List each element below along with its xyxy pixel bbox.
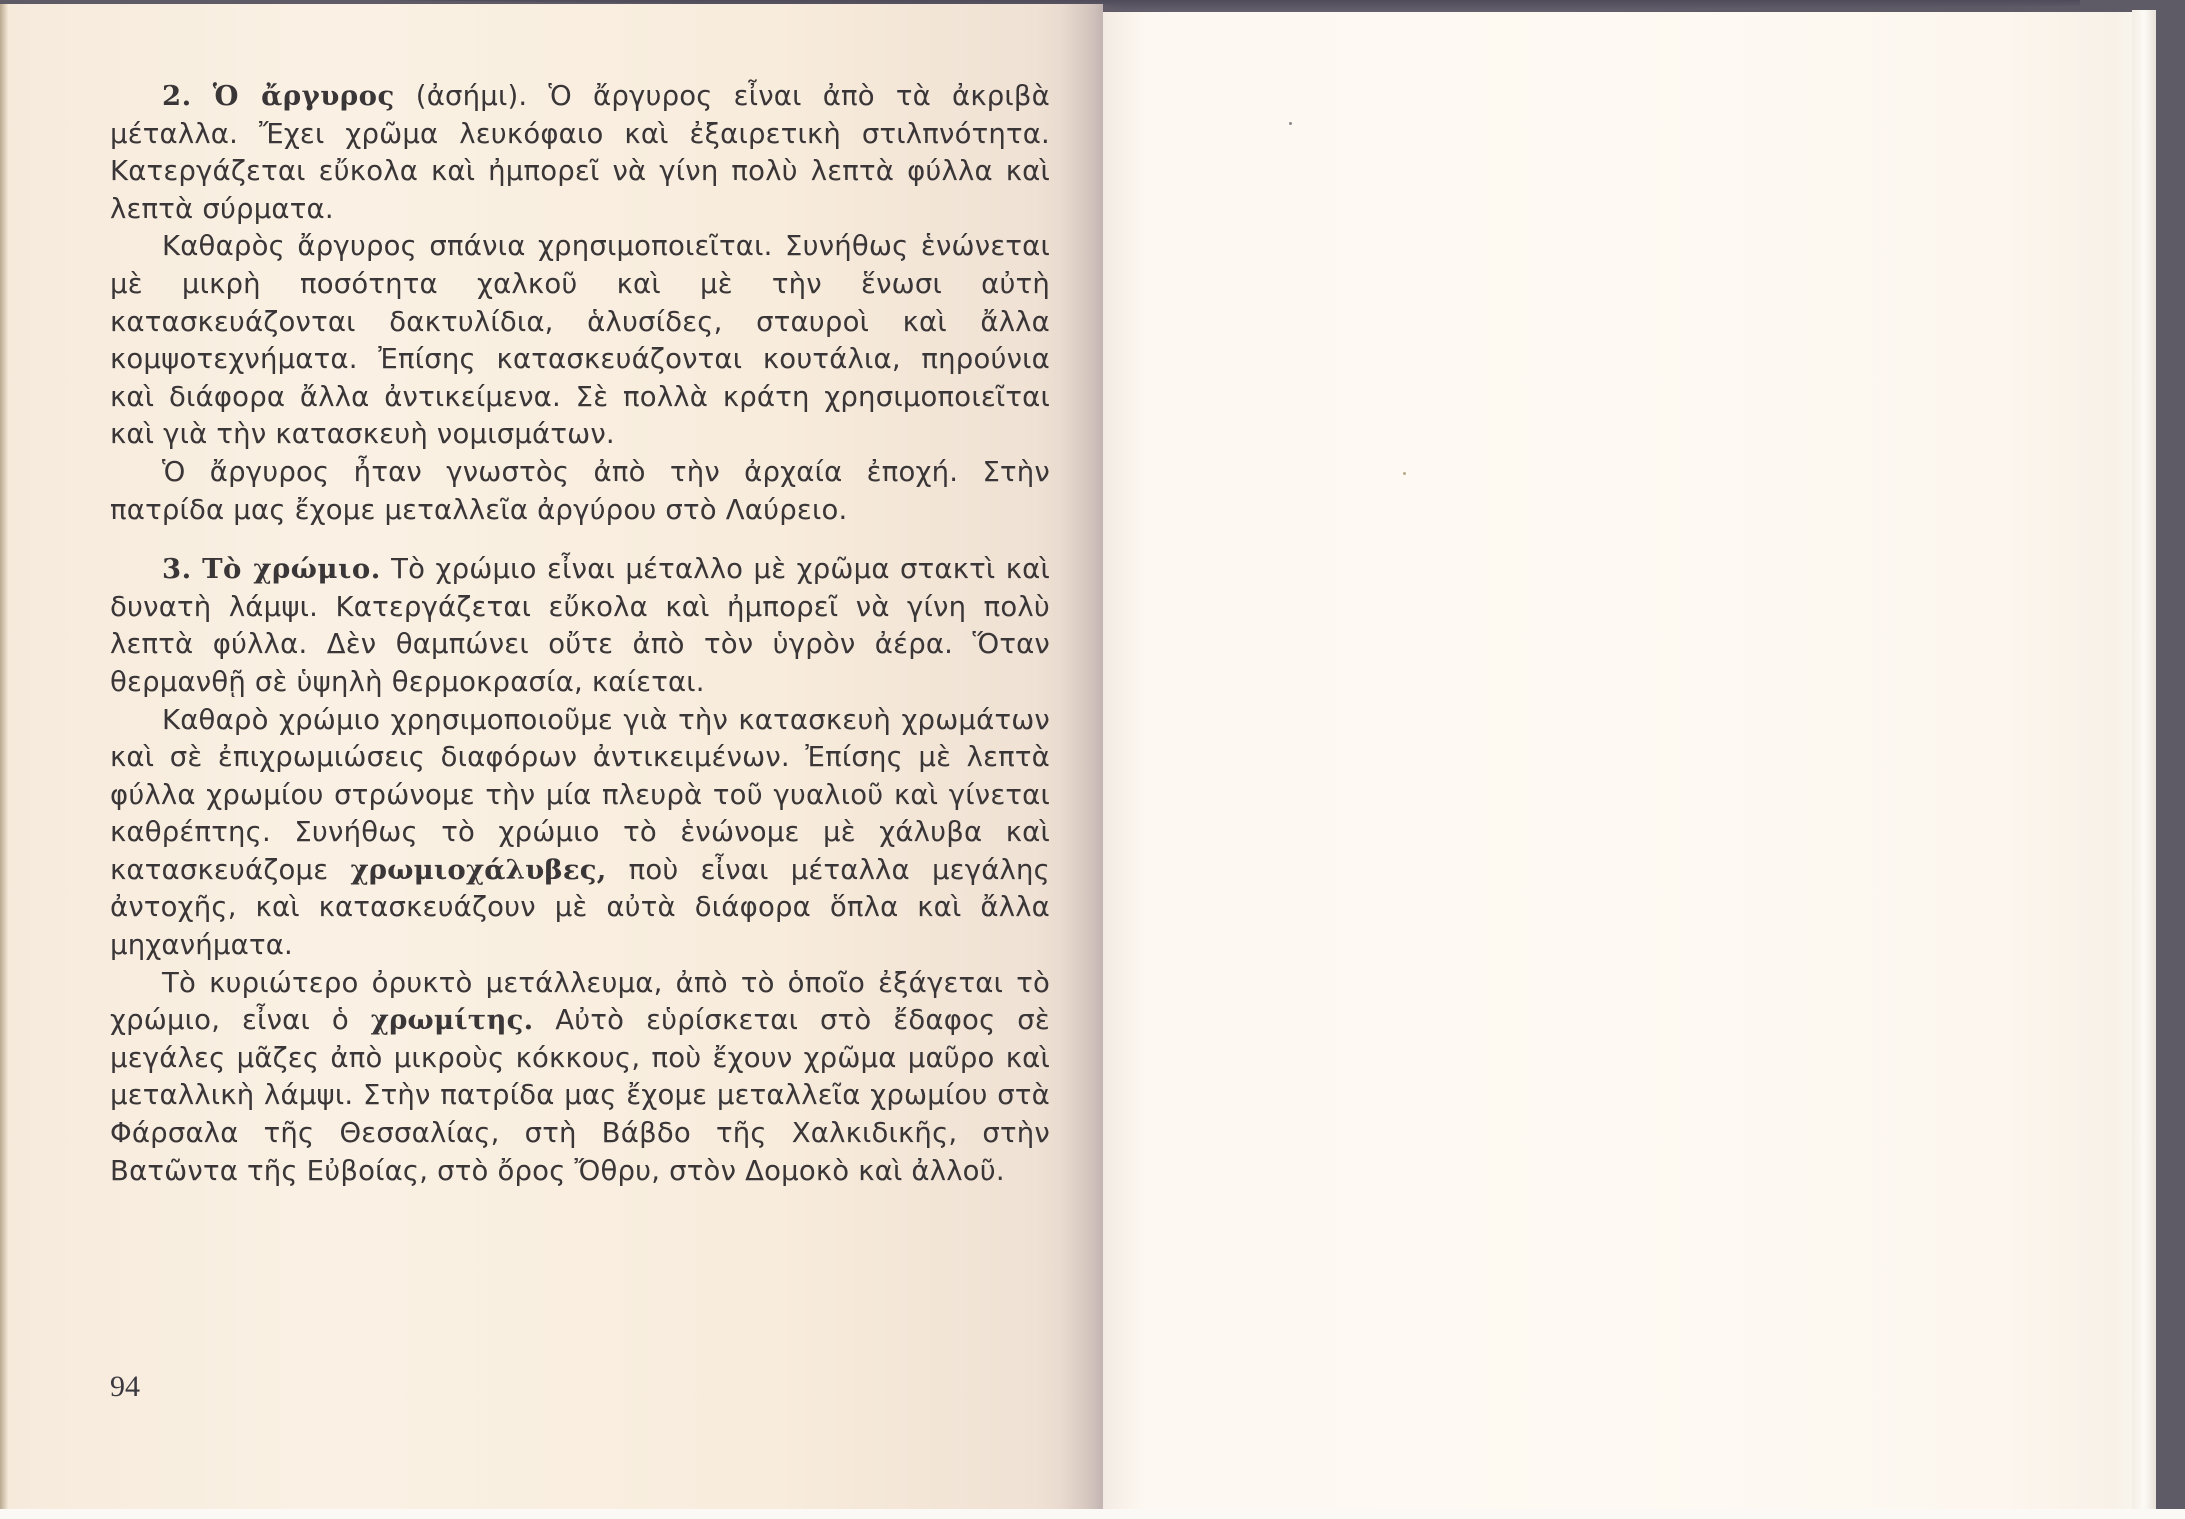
paragraph-text: Καθαρὸς ἄργυρος σπάνια χρησιμοποιεῖται. … <box>110 230 1050 450</box>
section-chromium-intro: 3. Τὸ χρώμιο. Τὸ χρώμιο εἶναι μέταλλο μὲ… <box>110 551 1050 701</box>
section-heading-chromium: Τὸ χρώμιο. <box>202 553 381 585</box>
bold-term-chromite: χρωμίτης. <box>371 1004 534 1036</box>
right-page-edge <box>2132 10 2156 1509</box>
paragraph: Καθαρὸς ἄργυρος σπάνια χρησιμοποιεῖται. … <box>110 228 1050 454</box>
section-number: 2. <box>162 80 192 112</box>
paragraph: Τὸ κυριώτερο ὀρυκτὸ μετάλλευμα, ἀπὸ τὸ ὁ… <box>110 965 1050 1191</box>
paragraph: Καθαρὸ χρώμιο χρησιμοποιοῦμε γιὰ τὴν κατ… <box>110 702 1050 965</box>
paper-speck <box>1289 122 1292 125</box>
paper-speck <box>1403 472 1406 475</box>
right-page <box>1103 12 2155 1509</box>
page-number: 94 <box>110 1370 140 1404</box>
section-silver-intro: 2. Ὁ ἄργυρος (ἀσήμι). Ὁ ἄργυρος εἶναι ἀπ… <box>110 78 1050 228</box>
paragraph: Ὁ ἄργυρος ἦταν γνωστὸς ἀπὸ τὴν ἀρχαία ἐπ… <box>110 454 1050 529</box>
scan-margin-bottom <box>0 1509 2185 1519</box>
left-page: 2. Ὁ ἄργυρος (ἀσήμι). Ὁ ἄργυρος εἶναι ἀπ… <box>0 4 1103 1509</box>
left-page-text: 2. Ὁ ἄργυρος (ἀσήμι). Ὁ ἄργυρος εἶναι ἀπ… <box>110 78 1050 1190</box>
section-number: 3. <box>162 553 192 585</box>
section-heading-silver: Ὁ ἄργυρος <box>213 80 395 112</box>
bold-term-chromium-steels: χρωμιοχάλυβες, <box>350 854 606 886</box>
paragraph-text: Ὁ ἄργυρος ἦταν γνωστὸς ἀπὸ τὴν ἀρχαία ἐπ… <box>110 456 1050 526</box>
